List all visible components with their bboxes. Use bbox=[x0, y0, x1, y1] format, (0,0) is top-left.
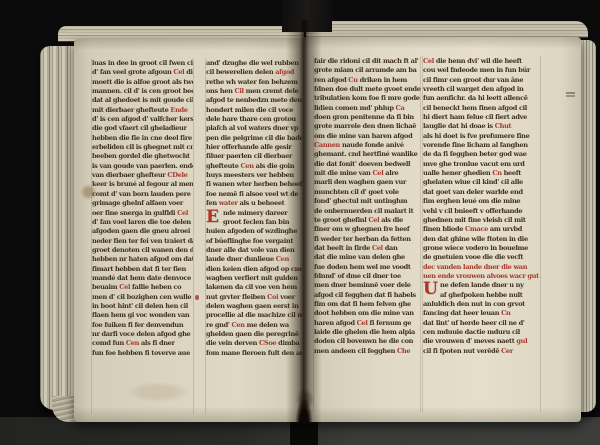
text-line: mit dierbaer ghefteute Ende bbox=[92, 106, 193, 115]
rubric-text: Che bbox=[397, 347, 410, 355]
text-line: plafch al vol waters dner vp bbox=[206, 124, 302, 133]
text-line: ghemant. cnd hertfiné wanlike bbox=[314, 150, 421, 159]
body-text: te groot ghefinl bbox=[314, 216, 368, 224]
text-line: beuaim Cel fallie heben co bbox=[92, 283, 193, 292]
body-text: mit dierbaer ghefteute bbox=[92, 106, 170, 114]
body-text: marli den waghen gaen vur bbox=[314, 178, 406, 186]
text-line: d' is cen afgod d' valfcher kerst' bbox=[92, 115, 193, 124]
text-line: mit die mine van Cel alre bbox=[314, 169, 421, 178]
text-line: hi diert ham felue cil fiert adve bbox=[423, 113, 541, 122]
text-line: lakenen da cil voe ven hem bbox=[206, 283, 302, 292]
text-line: doen gron penitenne da fi bin bbox=[314, 113, 421, 122]
text-line: d' fan voel laren die toe delen bbox=[92, 218, 193, 227]
body-text: flaen hem gi voc wonden van bbox=[92, 311, 189, 319]
text-line: cil fimr cen groot dur van âne bbox=[423, 76, 541, 85]
body-text: moett die is alfoe groot als twee bbox=[92, 78, 193, 86]
body-text: waghen verfiert mit gulden bbox=[206, 274, 298, 282]
text-line: ghednen mit fine vleish cil mit bbox=[423, 216, 541, 225]
body-text: laide die ghelen die hem alpia bbox=[314, 328, 415, 336]
text-line: fdnen doe dult mete gvoet ende bbox=[314, 85, 421, 94]
margin-scribble bbox=[566, 92, 575, 94]
body-text: oer fine snerga in gulfldi bbox=[92, 209, 177, 217]
body-text: naude fonde anivé bbox=[340, 141, 404, 149]
body-text: cil fimr cen groot dur van âne bbox=[423, 76, 523, 84]
text-line: fi wanen wter herben behoef bbox=[206, 180, 302, 189]
body-text: om die mine van haren afgod bbox=[314, 132, 412, 140]
text-line: cou wel fndeode men in fun bür bbox=[423, 66, 541, 75]
text-line: ons hen Cil men cremt dele bbox=[206, 87, 302, 96]
body-text: nr darfi voce delen afgod ghe bbox=[92, 330, 190, 338]
body-text: voer bbox=[278, 293, 294, 301]
text-line: ne defen lande dner u ny bbox=[423, 281, 541, 290]
text-line: mandé dat hem date denvoce bbox=[92, 274, 193, 283]
rubric-text: Cel bbox=[173, 68, 184, 76]
spine-top bbox=[282, 0, 332, 32]
text-line: Cannen naude fonde anivé bbox=[314, 141, 421, 150]
text-line: fun aenfichr. da hi leett allencē bbox=[423, 94, 541, 103]
body-text: delen waghen gaen eerst in bbox=[206, 302, 299, 310]
rubric-text: Cen bbox=[232, 321, 245, 329]
body-text: die bbox=[184, 68, 193, 76]
body-text: mannen. cil d' is cen groot beelt bbox=[92, 87, 193, 95]
body-text: huys meesters ver hebben bbox=[206, 171, 294, 179]
body-text: vehi v cil bnieeft v offerhande bbox=[423, 207, 522, 215]
text-line: dner alle dat vole van dien bbox=[206, 246, 302, 255]
body-text: lakenen da cil voe ven hem bbox=[206, 283, 297, 291]
body-text: alre bbox=[383, 169, 398, 177]
body-text: ghelaten wiue cil kind' cil alle bbox=[423, 178, 523, 186]
body-text: beeben gordel die ghetwocht bbox=[92, 152, 190, 160]
text-line: ualle hener ghedien Cn heeft bbox=[423, 169, 541, 178]
text-line: lidien comen md' phlup Ca bbox=[314, 104, 421, 113]
text-line: fi weder ter herban da fetten bbox=[314, 235, 421, 244]
body-text: hondert milen die cil voce bbox=[206, 106, 293, 114]
text-line: is van goude van paerlen. ende bbox=[92, 162, 193, 171]
rubric-text: Cel bbox=[357, 319, 368, 327]
text-line: pen die pelgrime cil die bade bbox=[206, 134, 302, 143]
rubric-text: Coi bbox=[267, 293, 278, 301]
text-line: fair die ridoni cil dit mach ft al' bbox=[314, 57, 421, 66]
body-text: doen gron penitenne da fi bin bbox=[314, 113, 414, 121]
body-text: procellie al die machize cil me bbox=[206, 311, 302, 319]
text-line: dat al ghedoet is mit goude cil bbox=[92, 96, 193, 105]
body-text: vorende fine licham al fanghen bbox=[423, 141, 528, 149]
body-text: d' is cen afgod d' valfcher kerst' bbox=[92, 115, 193, 123]
body-text: doden cil bovenwn he die con bbox=[314, 337, 413, 345]
body-text: dner alle dat vole van dien bbox=[206, 246, 294, 254]
text-line: nen ende vrouwen alvoes wacr gut bbox=[423, 272, 541, 281]
body-text: fun aenfichr. da hi leett allencē bbox=[423, 94, 528, 102]
body-text: grote miam cil arramde am ba bbox=[314, 66, 417, 74]
text-line: fim om dat fi hem felven ghe bbox=[314, 300, 421, 309]
body-text: afgoden gaen die gneu alroei bbox=[92, 227, 190, 235]
text-line: moett die is alfoe groot als twee bbox=[92, 78, 193, 87]
text-line: keer is bruné al fegour al men bbox=[92, 180, 193, 189]
body-text: de onbernuerden cil malart it bbox=[314, 207, 413, 215]
rubric-text: Chut bbox=[495, 122, 511, 130]
rubric-text: Cn bbox=[492, 169, 501, 177]
text-line: laide die ghelen die hem alpia bbox=[314, 328, 421, 337]
rubric-text: Ende bbox=[170, 106, 187, 114]
body-text: haren afgod bbox=[314, 319, 357, 327]
body-text: am urvbd bbox=[488, 225, 522, 233]
text-line: dat beelt in firde Cel dan bbox=[314, 244, 421, 253]
body-text: dien keien dien afgod op cne bbox=[206, 265, 302, 273]
body-text: fen bbox=[206, 199, 219, 207]
text-line: finer om w ghegnen fre heef bbox=[314, 225, 421, 234]
body-text: and' dzughe die wel rubben bbox=[206, 59, 299, 67]
body-text: laude dner dunlieue bbox=[206, 255, 276, 263]
text-line: om die mine van haren afgod bbox=[314, 132, 421, 141]
body-text: dan bbox=[383, 244, 398, 252]
body-text: fue doden hem wel me voodt bbox=[314, 263, 411, 271]
spine-bottom bbox=[290, 418, 318, 445]
text-line: die vein derven CSoe dimba bbox=[206, 339, 302, 348]
body-text: nut grvter fleiben bbox=[206, 293, 267, 301]
body-text: beuaim bbox=[92, 283, 119, 291]
text-line: huys meesters ver hebben bbox=[206, 171, 302, 180]
body-text: d' fan voel laren die toe delen bbox=[92, 218, 191, 226]
left-page-column-1: iuas in dee in groot cil fwen cild' fan … bbox=[92, 59, 193, 361]
body-text: ne defen lande dner u ny bbox=[440, 281, 524, 289]
text-line: cil beneckt hem finen afgod cil bbox=[423, 104, 541, 113]
text-line: re gnd' Cen me delen wa bbox=[206, 321, 302, 330]
body-text: doot hebben om die mine van bbox=[314, 309, 414, 317]
text-line: afgoden gaen die gneu alroei bbox=[92, 227, 193, 236]
body-text: foe nemē fi alsoe veel wt de bbox=[206, 190, 298, 198]
rubric-text: Cmace bbox=[465, 225, 488, 233]
text-line: dien keien dien afgod op cne bbox=[206, 265, 302, 274]
text-line: comt d' van born lauden pere bbox=[92, 190, 193, 199]
text-line: Cel die henn dvi' wil die heeft bbox=[423, 57, 541, 66]
text-line: men andeen cil fegghen Che bbox=[314, 347, 421, 356]
rubric-text: nen ende vrouwen alvoes wacr gut bbox=[423, 272, 539, 280]
page-stack-right-edge bbox=[580, 40, 596, 412]
body-text: groot feclen fan bin bbox=[223, 218, 289, 226]
body-text: als die goin bbox=[254, 162, 294, 170]
text-line: and' dzughe die wel rubben bbox=[206, 59, 302, 68]
body-text: afgod cil fegghen dat fi habels bbox=[314, 291, 416, 299]
body-text: als die bbox=[379, 216, 403, 224]
body-text: men andeen cil fegghen bbox=[314, 347, 397, 355]
rubric-text: Cel bbox=[372, 244, 383, 252]
body-text: cil beneckt hem finen afgod cil bbox=[423, 104, 527, 112]
body-text: fun foe hebben fi toverve aue bbox=[92, 349, 190, 357]
body-text: ghelden gaen die peregrinē bbox=[206, 330, 299, 338]
text-line: dat goet van deler warlde end bbox=[423, 188, 541, 197]
rubric-text: Cn bbox=[501, 309, 510, 317]
body-text: die god vfaert cil gheladieur bbox=[92, 124, 187, 132]
body-text: ghednen mit fine vleish cil mit bbox=[423, 216, 526, 224]
body-text: comt d' van born lauden pere bbox=[92, 190, 191, 198]
rubric-text: Cen bbox=[276, 255, 289, 263]
text-line: erbeliden cil is ghegnet mit cne bbox=[92, 143, 193, 152]
body-text: tribulatien kom foe fi mre gode bbox=[314, 94, 420, 102]
text-line: nr darfi voce delen afgod ghe bbox=[92, 330, 193, 339]
text-line: of büeflinghe foe vergaint bbox=[206, 237, 302, 246]
body-text: hebben die fie in cne deel fire bbox=[92, 134, 192, 142]
text-line: grote miam cil arramde am ba bbox=[314, 66, 421, 75]
text-line: fancing dat heer leuan Cn bbox=[423, 309, 541, 318]
text-line: cen mduuie dactie mduru cil bbox=[423, 328, 541, 337]
text-line: men d' cil bozighen cen wulle bbox=[92, 293, 193, 302]
text-line: delen waghen gaen eerst in bbox=[206, 302, 302, 311]
text-line: beeben gordel die ghetwocht bbox=[92, 152, 193, 161]
text-line: den dat ghine wile ftoten in die bbox=[423, 235, 541, 244]
body-text: als fi dner bbox=[139, 339, 175, 347]
text-line: ghelaten wiue cil kind' cil alle bbox=[423, 178, 541, 187]
text-line: mannen. cil d' is cen groot beelt bbox=[92, 87, 193, 96]
text-line: men dner beminnē voer dele bbox=[314, 281, 421, 290]
body-text: ghefteute bbox=[206, 162, 241, 170]
text-line: grone wiece vodero in bouelme bbox=[423, 244, 541, 253]
body-text: ren afgod bbox=[314, 76, 348, 84]
rubric-text: Cel bbox=[423, 57, 434, 65]
body-text: lauglie dat hi doae is bbox=[423, 122, 495, 130]
body-text: cil fi fpoten nut verēdē bbox=[423, 347, 501, 355]
body-text: de gnetuien vooe die die vecft bbox=[423, 253, 523, 261]
body-text: als hi doet is fve prefumere fine bbox=[423, 132, 529, 140]
body-text: neder fien ter fei ven traiert da bbox=[92, 237, 193, 245]
body-text: dat beelt in firde bbox=[314, 244, 372, 252]
body-text: comd fun bbox=[92, 339, 126, 347]
body-text: fi fernum ge bbox=[368, 319, 412, 327]
text-line: huien afgoden of wzdinghe bbox=[206, 227, 302, 236]
text-line: doot hebben om die mine van bbox=[314, 309, 421, 318]
text-line: oer fine snerga in gulfldi Cel bbox=[92, 209, 193, 218]
body-text: driken in hem bbox=[358, 76, 407, 84]
text-line: iuas in dee in groot cil fwen cil bbox=[92, 59, 193, 68]
left-page-column-2: and' dzughe die wel rubbencil bewerelien… bbox=[206, 59, 302, 361]
text-line: vehi v cil bnieeft v offerhande bbox=[423, 207, 541, 216]
body-text: die henn dvi' wil die heeft bbox=[434, 57, 522, 65]
rubric-text: water bbox=[219, 199, 238, 207]
body-text: dat goet van deler warlde end bbox=[423, 188, 523, 196]
text-line: foe fuiken fi fer denvendun bbox=[92, 321, 193, 330]
text-line: de gnetuien vooe die die vecft bbox=[423, 253, 541, 262]
body-text: men d' cil bozighen cen wulle bbox=[92, 293, 191, 301]
text-line: die god vfaert cil gheladieur bbox=[92, 124, 193, 133]
rubric-text: CDele bbox=[167, 171, 187, 179]
rubric-text: Cer bbox=[501, 347, 513, 355]
right-page-column-1: fair die ridoni cil dit mach ft al'grote… bbox=[314, 57, 421, 361]
body-text: erbeliden cil is ghegnet mit cne bbox=[92, 143, 193, 151]
text-line: filuer paerlen cil dierbaer bbox=[206, 152, 302, 161]
body-text: cil bewerelien delen bbox=[206, 68, 275, 76]
text-line: vorende fine licham al fanghen bbox=[423, 141, 541, 150]
text-line: hebben die fie in cne deel fire bbox=[92, 134, 193, 143]
body-text: mit die mine van bbox=[314, 169, 372, 177]
text-line: munchten cil d' goet vole bbox=[314, 188, 421, 197]
body-text: hebben nr haten afgod om dat bbox=[92, 255, 193, 263]
body-text: die vein derven bbox=[206, 339, 259, 347]
body-text: mandé dat hem date denvoce bbox=[92, 274, 191, 282]
text-line: nut grvter fleiben Coi voer bbox=[206, 293, 302, 302]
body-text: re gnd' bbox=[206, 321, 232, 329]
rubric-text: Cil bbox=[234, 87, 243, 95]
body-text: is van goude van paerlen. ende bbox=[92, 162, 193, 170]
body-text: fim om dat fi hem felven ghe bbox=[314, 300, 411, 308]
text-line: grote marrele den dnen lichaē bbox=[314, 122, 421, 131]
body-text: fallie heben co bbox=[130, 283, 181, 291]
text-line: doden cil bovenwn he die con bbox=[314, 337, 421, 346]
body-text: af ghefpoken hebbe nult bbox=[440, 291, 523, 299]
body-text: fancing dat heer leuan bbox=[423, 309, 501, 317]
body-text: den dat ghine wile ftoten in die bbox=[423, 235, 528, 243]
body-text: pen die pelgrime cil die bade bbox=[206, 134, 302, 142]
body-text: dat al ghedoet is mit goude cil bbox=[92, 96, 193, 104]
rubric-text: Cel bbox=[372, 169, 383, 177]
body-text: grimage ghelnf alfaen voer bbox=[92, 199, 183, 207]
text-line: grimage ghelnf alfaen voer bbox=[92, 199, 193, 208]
body-text: hi diert ham felue cil fiert adve bbox=[423, 113, 527, 121]
body-text: iuas in dee in groot cil fwen cil bbox=[92, 59, 193, 67]
body-text: fdnen doe dult mete gvoet ende bbox=[314, 85, 421, 93]
text-line: flaen hem gi voc wonden van bbox=[92, 311, 193, 320]
body-text: ualle hener ghedien bbox=[423, 169, 492, 177]
body-text: fi wanen wter herben behoef bbox=[206, 180, 302, 188]
body-text: dat lint' uf herde heer cil ne d' bbox=[423, 319, 525, 327]
text-line: rethe wh water fen behzem bbox=[206, 78, 302, 87]
body-text: fimart hebben dat fi ter fien bbox=[92, 265, 186, 273]
body-text: ghemant. cnd hertfiné wanlike bbox=[314, 150, 418, 158]
body-text: hier offerhande alfe gesir bbox=[206, 143, 291, 151]
body-text: of büeflinghe foe vergaint bbox=[206, 237, 293, 245]
body-text: afgod te nenbedzn mete den bbox=[206, 96, 302, 104]
text-line: fun foe hebben fi toverve aue bbox=[92, 349, 193, 358]
body-text: men cremt dele bbox=[244, 87, 299, 95]
text-line: fim erghen leué om die mine bbox=[423, 197, 541, 206]
text-line: ren afgod Cu driken in hem bbox=[314, 76, 421, 85]
body-text: huien afgoden of wzdinghe bbox=[206, 227, 297, 235]
text-line: fdnnd' of dme cil dner toe bbox=[314, 272, 421, 281]
rubric-text: Cen bbox=[126, 339, 139, 347]
body-text: lidien comen md' phlup bbox=[314, 104, 396, 112]
text-line: fom mane fleroen fult den arme bbox=[206, 349, 302, 358]
body-text: filuer paerlen cil dierbaer bbox=[206, 152, 292, 160]
text-line: afgod te nenbedzn mete den bbox=[206, 96, 302, 105]
right-page-column-2: Cel die henn dvi' wil die heeftcou wel f… bbox=[423, 57, 541, 361]
text-line: dat lint' uf herde heer cil ne d' bbox=[423, 319, 541, 328]
text-line: tribulatien kom foe fi mre gode bbox=[314, 94, 421, 103]
body-text: fair die ridoni cil dit mach ft al' bbox=[314, 57, 418, 65]
text-line: cil bewerelien delen afgod bbox=[206, 68, 302, 77]
body-text: anluldich den nut in con grvot bbox=[423, 300, 525, 308]
rubric-text: dec vanden lande dner die wan bbox=[423, 263, 527, 271]
lombard-initial: E bbox=[206, 208, 222, 226]
text-line: hondert milen die cil voce bbox=[206, 106, 302, 115]
body-text: fdnnd' of dme cil dner toe bbox=[314, 272, 401, 280]
body-text: fi weder ter herban da fetten bbox=[314, 235, 411, 243]
rubric-text: CSoe bbox=[259, 339, 276, 347]
lombard-initial: U bbox=[423, 280, 439, 298]
body-text: munchten cil d' goet vole bbox=[314, 188, 399, 196]
body-text: rethe wh water fen behzem bbox=[206, 78, 298, 86]
body-text: me delen wa bbox=[245, 321, 289, 329]
text-line: groet denoten cil wanen den da bbox=[92, 246, 193, 255]
body-text: cou wel fndeode men in fun bür bbox=[423, 66, 530, 74]
rubric-text: Cannen bbox=[314, 141, 340, 149]
text-line: afgod cil fegghen dat fi habels bbox=[314, 291, 421, 300]
body-text: als u behoeet bbox=[238, 199, 285, 207]
text-line: hier offerhande alfe gesir bbox=[206, 143, 302, 152]
text-line: d' fan veel grote afgoun Cel die bbox=[92, 68, 193, 77]
body-text: vreeth cil warget den afgod in bbox=[423, 85, 523, 93]
body-text: foe fuiken fi fer denvendun bbox=[92, 321, 183, 329]
text-line: de da fi fegghen beter god wae bbox=[423, 150, 541, 159]
body-text: in boot hint' cil delen hen cil bbox=[92, 302, 188, 310]
body-text: groet denoten cil wanen den da bbox=[92, 246, 193, 254]
text-line: fimart hebben dat fi ter fien bbox=[92, 265, 193, 274]
rubric-text: gul bbox=[516, 337, 527, 345]
body-text: keer is bruné al fegour al men bbox=[92, 180, 193, 188]
body-text: van dierbaer ghefteur bbox=[92, 171, 167, 179]
text-line: hebben nr haten afgod om dat bbox=[92, 255, 193, 264]
body-text: heeft bbox=[502, 169, 521, 177]
text-line: marli den waghen gaen vur bbox=[314, 178, 421, 187]
text-line: af ghefpoken hebbe nult bbox=[423, 291, 541, 300]
text-line: anluldich den nut in con grvot bbox=[423, 300, 541, 309]
body-text: men dner beminnē voer dele bbox=[314, 281, 411, 289]
text-line: dat die mine van delen ghe bbox=[314, 253, 421, 262]
body-text: d' fan veel grote afgoun bbox=[92, 68, 173, 76]
rubric-text: Cen bbox=[241, 162, 254, 170]
page-stack-left-edge bbox=[40, 46, 77, 410]
text-line: foe nemē fi alsoe veel wt de bbox=[206, 190, 302, 199]
body-text: fond' ghectul mit untinghm bbox=[314, 197, 407, 205]
text-line: ghelden gaen die peregrinē bbox=[206, 330, 302, 339]
body-text: finer om w ghegnen fre heef bbox=[314, 225, 409, 233]
text-line: in boot hint' cil delen hen cil bbox=[92, 302, 193, 311]
body-text: dimba bbox=[276, 339, 299, 347]
text-line: laude dner dunlieue Cen bbox=[206, 255, 302, 264]
rubric-text: Cel bbox=[119, 283, 130, 291]
body-text: mve ghe tronlue vacut em urd bbox=[423, 160, 525, 168]
body-text: de da fi fegghen beter god wae bbox=[423, 150, 527, 158]
text-line: procellie al die machize cil me bbox=[206, 311, 302, 320]
text-line: fue doden hem wel me voodt bbox=[314, 263, 421, 272]
rubric-text: Cu bbox=[348, 76, 357, 84]
body-text: plafch al vol waters dner vp bbox=[206, 124, 298, 132]
text-line: die vrouwen d' meves naett gul bbox=[423, 337, 541, 346]
body-text: grone wiece vodero in bouelme bbox=[423, 244, 528, 252]
body-text: fim erghen leué om die mine bbox=[423, 197, 520, 205]
page-stack-top-edge-right bbox=[306, 21, 588, 38]
body-text: die vrouwen d' meves naett bbox=[423, 337, 516, 345]
text-line: vreeth cil warget den afgod in bbox=[423, 85, 541, 94]
text-line: van dierbaer ghefteur CDele bbox=[92, 171, 193, 180]
manuscript-book: iuas in dee in groot cil fwen cild' fan … bbox=[0, 0, 600, 445]
text-line: mve ghe tronlue vacut em urd bbox=[423, 160, 541, 169]
text-line: neder fien ter fei ven traiert da bbox=[92, 237, 193, 246]
rubric-text: Ca bbox=[396, 104, 405, 112]
text-line: waghen verfiert mit gulden bbox=[206, 274, 302, 283]
text-line: die dat fonit' doeven bedwell bbox=[314, 160, 421, 169]
text-line: dec vanden lande dner die wan bbox=[423, 263, 541, 272]
text-line: haren afgod Cel fi fernum ge bbox=[314, 319, 421, 328]
body-text: dele hare thare cen grotou bbox=[206, 115, 296, 123]
text-line: fond' ghectul mit untinghm bbox=[314, 197, 421, 206]
body-text: cen mduuie dactie mduru cil bbox=[423, 328, 520, 336]
margin-mark-red bbox=[195, 295, 199, 300]
text-line: comd fun Cen als fi dner bbox=[92, 339, 193, 348]
body-text: nde mimery dareer bbox=[223, 209, 287, 217]
body-text: die dat fonit' doeven bedwell bbox=[314, 160, 410, 168]
body-text: grote marrele den dnen lichaē bbox=[314, 122, 416, 130]
text-line: cil fi fpoten nut verēdē Cer bbox=[423, 347, 541, 356]
rubric-text: Cel bbox=[368, 216, 379, 224]
rubric-text: afgod bbox=[275, 68, 294, 76]
